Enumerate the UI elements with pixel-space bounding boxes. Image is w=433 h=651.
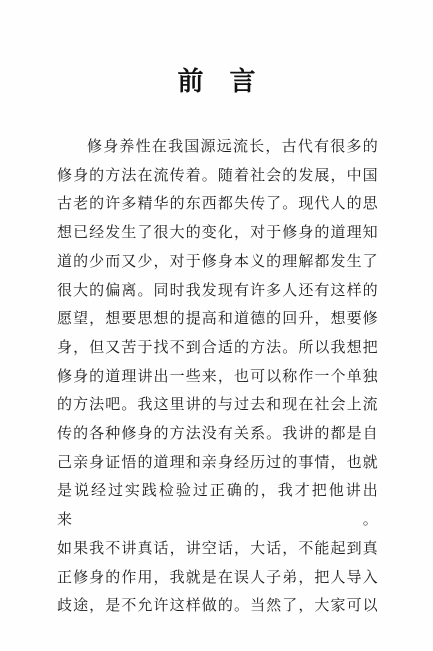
page-title: 前 言 [0, 66, 433, 96]
text-line: 是说经过实践检验过正确的，我才把他讲出来。 [57, 477, 378, 534]
text-line: 己亲身证悟的道理和亲身经历过的事情，也就 [57, 449, 378, 478]
text-line: 身，但又苦于找不到合适的方法。所以我想把 [57, 334, 378, 363]
text-line: 想已经发生了很大的变化，对于修身的道理知 [57, 219, 378, 248]
text-line: 修身养性在我国源远流长，古代有很多的 [57, 133, 378, 162]
text-line: 愿望，想要思想的提高和道德的回升，想要修 [57, 305, 378, 334]
text-line: 修身的道理讲出一些来，也可以称作一个单独 [57, 363, 378, 392]
document-page: 前 言 修身养性在我国源远流长，古代有很多的 修身的方法在流传着。随着社会的发展… [0, 0, 433, 651]
text-line: 正修身的作用，我就是在误人子弟，把人导入 [57, 564, 378, 593]
text-line: 歧途，是不允许这样做的。当然了，大家可以 [57, 592, 378, 621]
text-line: 很大的偏离。同时我发现有许多人还有这样的 [57, 277, 378, 306]
preface-paragraph: 修身养性在我国源远流长，古代有很多的 修身的方法在流传着。随着社会的发展，中国 … [57, 133, 378, 621]
text-line: 道的少而又少，对于修身本义的理解都发生了 [57, 248, 378, 277]
text-line: 传的各种修身的方法没有关系。我讲的都是自 [57, 420, 378, 449]
text-line: 修身的方法在流传着。随着社会的发展，中国 [57, 162, 378, 191]
text-line: 古老的许多精华的东西都失传了。现代人的思 [57, 190, 378, 219]
text-line: 如果我不讲真话，讲空话，大话，不能起到真 [57, 535, 378, 564]
text-line: 的方法吧。我这里讲的与过去和现在社会上流 [57, 391, 378, 420]
